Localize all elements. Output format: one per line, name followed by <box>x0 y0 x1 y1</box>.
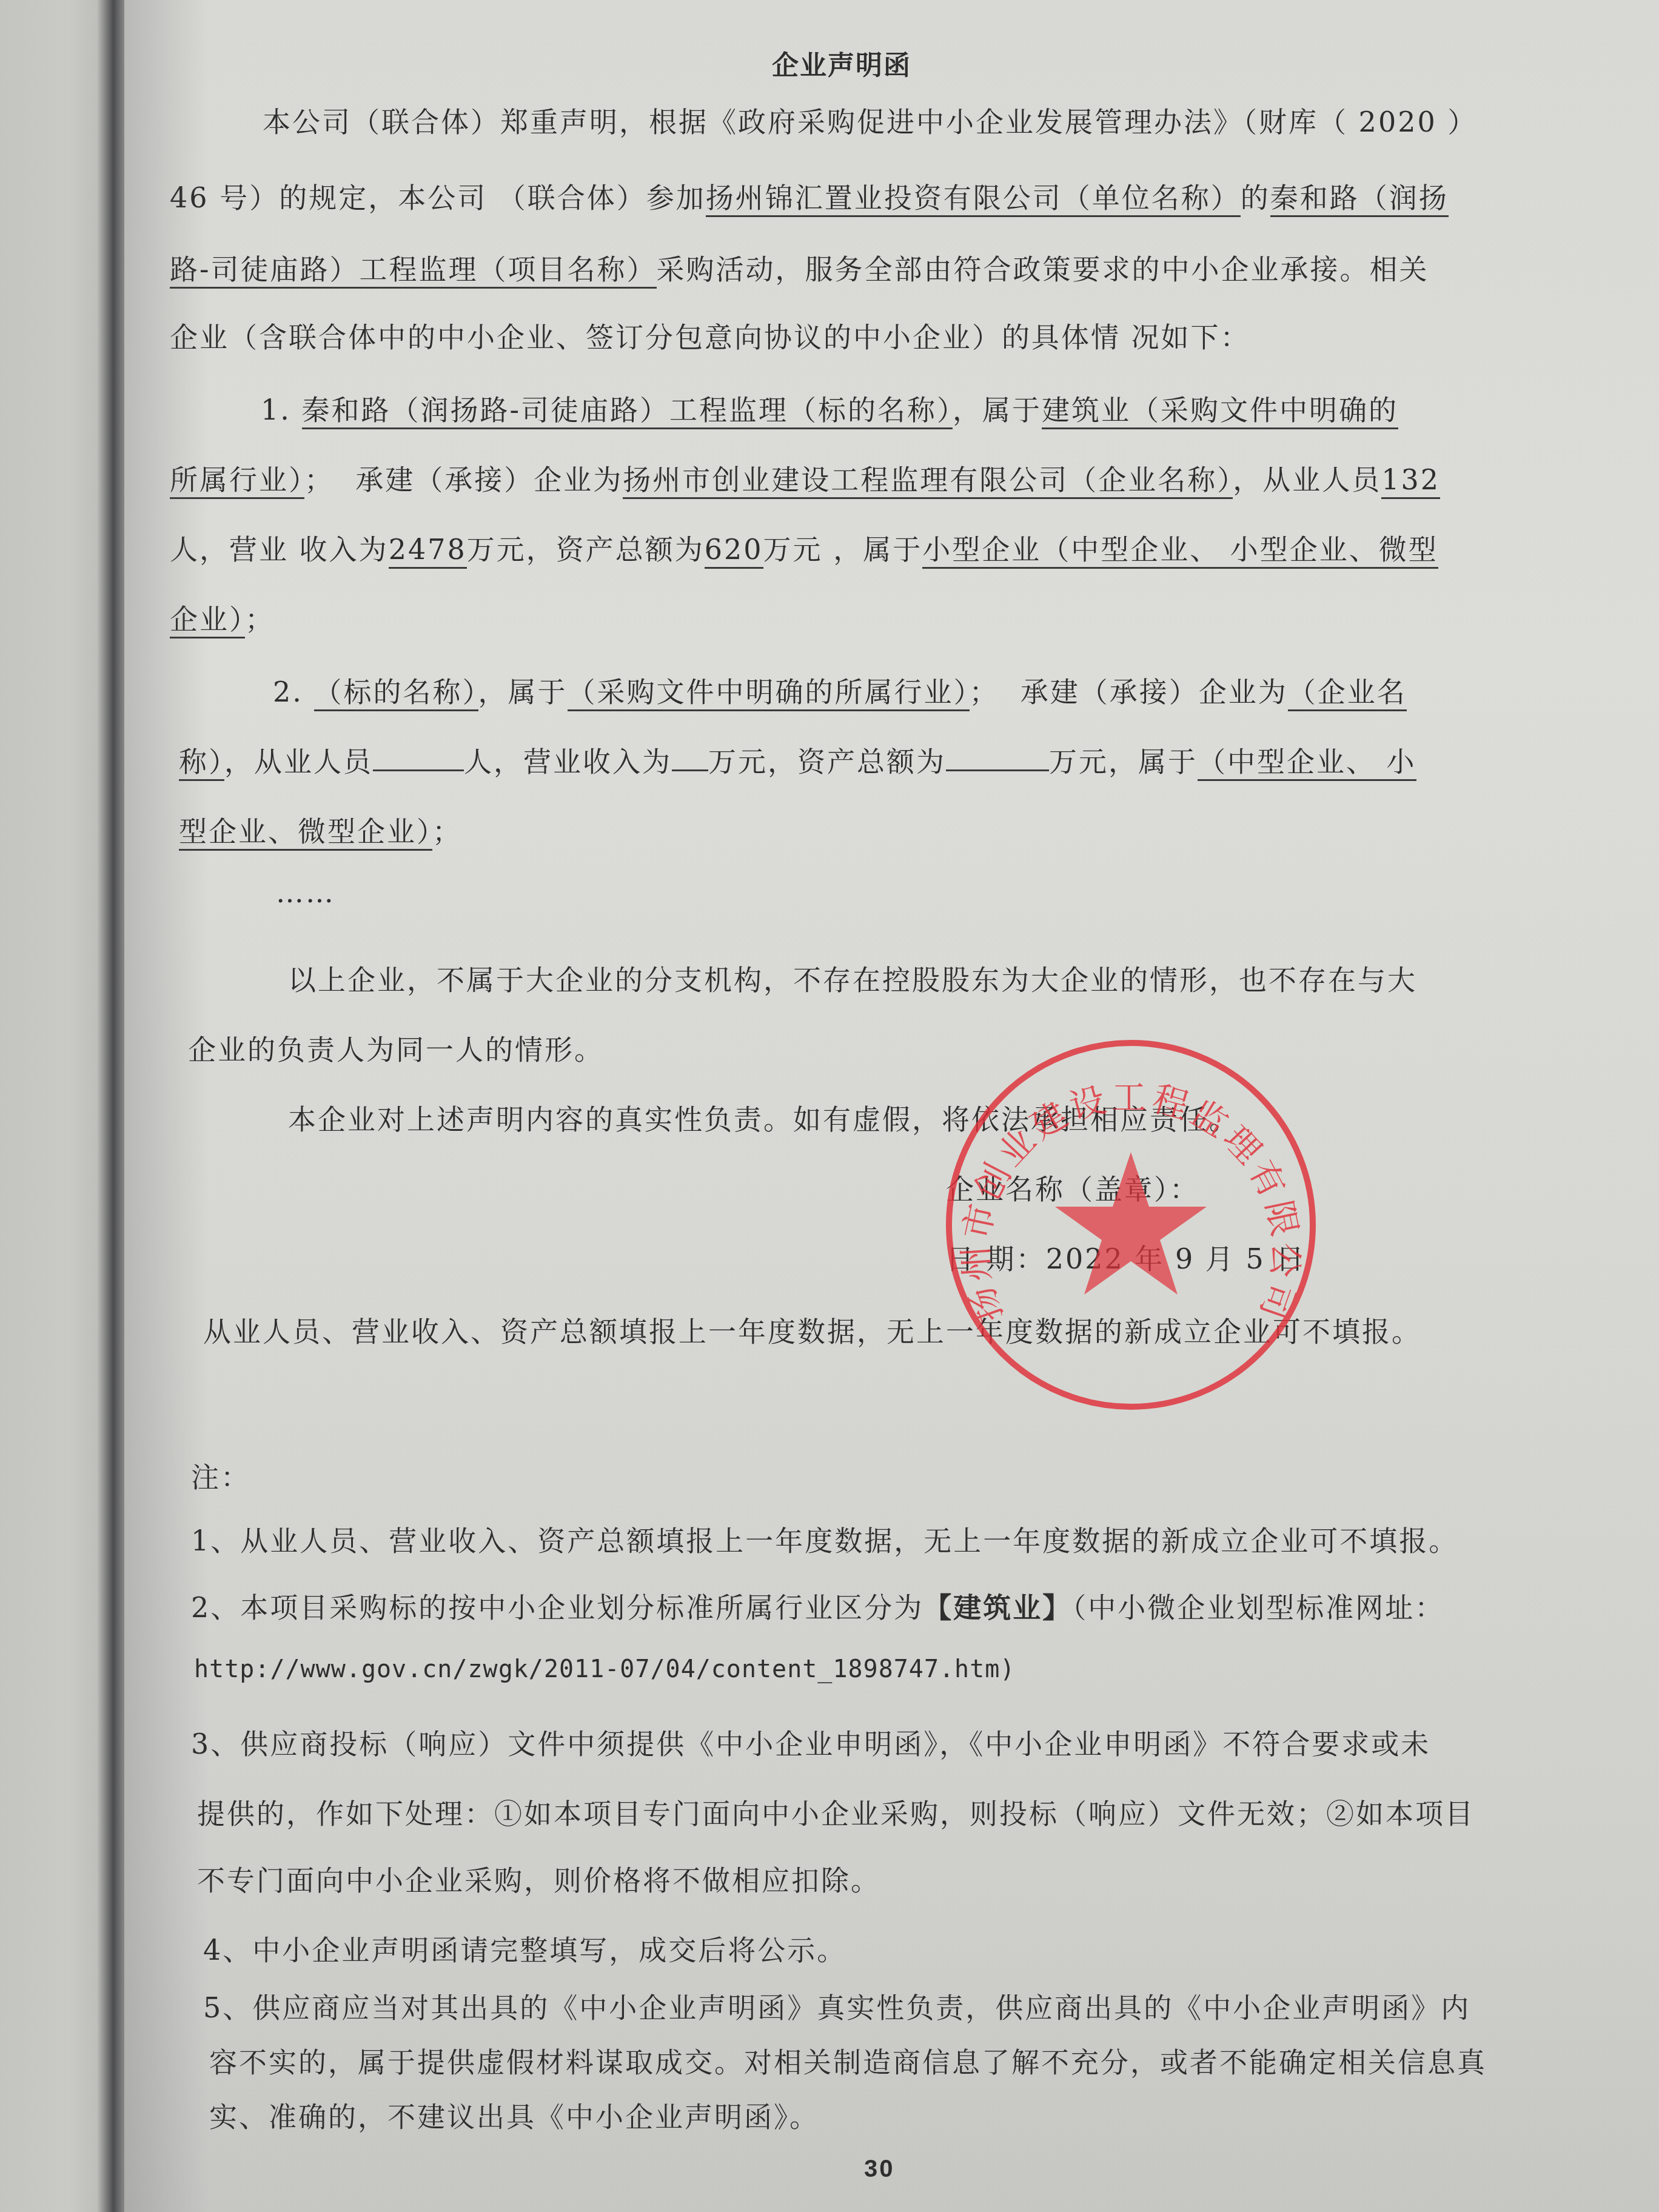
item-text: ，从业人员 <box>224 745 373 778</box>
note-1: 1、从业人员、营业收入、资产总额填报上一年度数据，无上一年度数据的新成立企业可不… <box>191 1519 1458 1559</box>
intro-text: 46 号）的规定，本公司 （联合体）参加 <box>170 181 706 214</box>
item1-line-4: 企业）； <box>170 597 275 637</box>
declaration-line-2: 企业的负责人为同一人的情形。 <box>188 1028 604 1068</box>
item2-line-1: 2. （标的名称），属于（采购文件中明确的所属行业）； 承建（承接）企业为（企业… <box>273 670 1407 710</box>
project-name-start: 秦和路（润扬 <box>1270 181 1449 217</box>
note-2: 2、本项目采购标的按中小企业划分标准所属行业区分为【建筑业】（中小微企业划型标准… <box>191 1586 1444 1626</box>
item2-subject: （标的名称） <box>314 675 478 711</box>
item1-industry-start: 建筑业（采购文件中明确的 <box>1042 394 1398 429</box>
item-number: 2. <box>273 675 303 708</box>
notes-heading: 注： <box>191 1455 250 1495</box>
note-3-line-3: 不专门面向中小企业采购，则价格将不做相应扣除。 <box>197 1858 880 1899</box>
note-text: （中小微企业划型标准网址： <box>1072 1591 1444 1624</box>
connector-text: 的 <box>1241 181 1270 214</box>
item1-size-start: 小型企业（中型企业、 小型企业、微型 <box>922 533 1438 569</box>
intro-line-3: 路-司徒庙路）工程监理（项目名称）采购活动，服务全部由符合政策要求的中小企业承接… <box>170 247 1429 287</box>
item1-contractor: 扬州市创业建设工程监理有限公司（企业名称） <box>623 463 1233 499</box>
note-5: 5、供应商应当对其出具的《中小企业声明函》真实性负责，供应商出具的《中小企业声明… <box>203 1986 1470 2026</box>
item2-revenue-blank[interactable] <box>672 769 708 771</box>
item1-industry-end: 所属行业） <box>170 463 304 499</box>
buyer-name: 扬州锦汇置业投资有限公司（单位名称） <box>706 181 1241 217</box>
item1-line-2: 所属行业）； 承建（承接）企业为扬州市创业建设工程监理有限公司（企业名称），从业… <box>170 458 1440 498</box>
item2-staff-blank[interactable] <box>373 769 464 771</box>
page-number: 30 <box>864 2156 895 2183</box>
item1-staff-count: 132 <box>1381 463 1440 499</box>
ellipsis: …… <box>276 876 335 909</box>
signature-label: 企业名称（盖章）： <box>946 1167 1199 1207</box>
item-text: 万元，属于 <box>1049 745 1198 778</box>
item2-line-3: 型企业、微型企业）； <box>179 809 462 850</box>
intro-text: 采购活动，服务全部由符合政策要求的中小企业承接。相关 <box>657 253 1429 286</box>
note-3: 3、供应商投标（响应）文件中须提供《中小企业申明函》，《中小企业申明函》不符合要… <box>191 1722 1430 1762</box>
date-label: 日 期： <box>946 1242 1046 1275</box>
note-4: 4、中小企业声明函请完整填写，成交后将公示。 <box>203 1928 846 1968</box>
item-text: ； <box>304 463 334 496</box>
project-name-end: 路-司徒庙路）工程监理（项目名称） <box>170 253 657 289</box>
item2-contractor-start: （企业名 <box>1288 675 1407 711</box>
declaration-line-1: 以上企业，不属于大企业的分支机构，不存在控股股东为大企业的情形，也不存在与大 <box>288 958 1417 998</box>
note-industry: 【建筑业】 <box>923 1591 1072 1624</box>
page-title: 企业声明函 <box>772 44 911 82</box>
item-text: ； <box>432 815 462 848</box>
note-5-line-2: 容不实的，属于提供虚假材料谋取成交。对相关制造商信息了解不充分，或者不能确定相关… <box>209 2040 1487 2080</box>
date-value: 2022 年 9 月 5 日 <box>1046 1242 1306 1275</box>
intro-line-2: 46 号）的规定，本公司 （联合体）参加扬州锦汇置业投资有限公司（单位名称）的秦… <box>170 176 1449 216</box>
note-text: 2、本项目采购标的按中小企业划分标准所属行业区分为 <box>191 1591 923 1624</box>
item-text: ，从业人员 <box>1233 463 1381 496</box>
item-text: 人，营业收入为 <box>464 745 672 778</box>
item-text: 承建（承接）企业为 <box>355 463 623 496</box>
item2-contractor-end: 称） <box>179 745 224 781</box>
item2-industry: （采购文件中明确的所属行业） <box>568 675 970 711</box>
note-3-line-2: 提供的，作如下处理：①如本项目专门面向中小企业采购，则投标（响应）文件无效；②如… <box>197 1792 1475 1832</box>
item-text: 承建（承接）企业为 <box>1021 675 1288 708</box>
item1-line-3: 人，营业 收入为2478万元，资产总额为620万元 ，属于小型企业（中型企业、 … <box>170 528 1438 568</box>
declaration-responsibility: 本企业对上述声明内容的真实性负责。如有虚假，将依法承担相应责任。 <box>288 1098 1239 1138</box>
note-5-line-3: 实、准确的，不建议出具《中小企业声明函》。 <box>209 2095 819 2135</box>
item2-line-2: 称），从业人员人，营业收入为万元，资产总额为万元，属于（中型企业、 小 <box>179 740 1416 780</box>
date-line: 日 期：2022 年 9 月 5 日 <box>946 1237 1305 1277</box>
item-text: ，属于 <box>478 675 568 708</box>
item2-size-end: 型企业、微型企业） <box>179 815 432 851</box>
item-number: 1. <box>261 394 291 426</box>
item2-size-start: （中型企业、 小 <box>1198 745 1416 781</box>
item1-revenue: 2478 <box>389 533 467 569</box>
item1-size-end: 企业） <box>170 603 245 638</box>
item-text: 万元，资产总额为 <box>467 533 705 566</box>
item-text: 人，营业 收入为 <box>170 533 389 566</box>
footnote: 从业人员、营业收入、资产总额填报上一年度数据，无上一年度数据的新成立企业可不填报… <box>203 1310 1421 1350</box>
item2-assets-blank[interactable] <box>946 769 1049 771</box>
item-text: 万元 ，属于 <box>763 533 923 566</box>
item1-line-1: 1. 秦和路（润扬路-司徒庙路）工程监理（标的名称），属于建筑业（采购文件中明确… <box>261 388 1398 428</box>
item-text: ，属于 <box>953 394 1042 426</box>
intro-line-1: 本公司（联合体）郑重声明，根据《政府采购促进中小企业发展管理办法》（财库（ 20… <box>263 100 1477 140</box>
note-2-url[interactable]: http://www.gov.cn/zwgk/2011-07/04/conten… <box>194 1655 1015 1683</box>
item-text: ； <box>970 675 999 708</box>
item1-assets: 620 <box>705 533 763 569</box>
item-text: 万元，资产总额为 <box>708 745 946 778</box>
item1-subject: 秦和路（润扬路-司徒庙路）工程监理（标的名称） <box>302 394 953 429</box>
intro-line-4: 企业（含联合体中的中小企业、签订分包意向协议的中小企业）的具体情 况如下： <box>170 315 1250 355</box>
document-page: 企业声明函 本公司（联合体）郑重声明，根据《政府采购促进中小企业发展管理办法》（… <box>124 0 1659 2212</box>
item-text: ； <box>245 603 275 635</box>
